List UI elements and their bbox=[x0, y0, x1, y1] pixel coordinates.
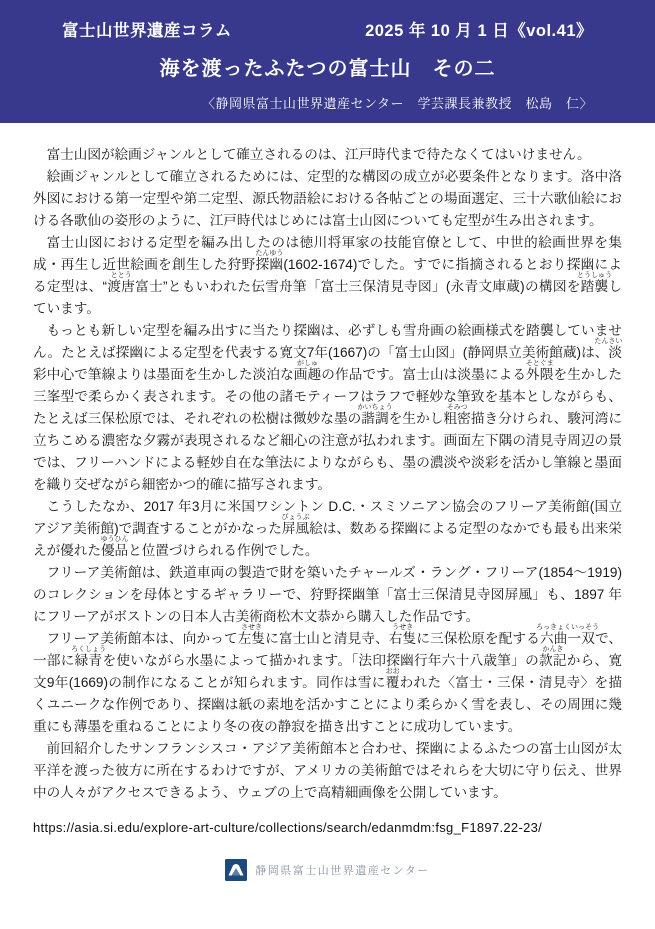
paragraph: フリーア美術館本は、向かって左隻させきに富士山と清見寺、右隻うせきに三保松原を配… bbox=[33, 628, 622, 738]
article-title: 海を渡ったふたつの富士山 その二 bbox=[62, 52, 593, 81]
paragraph: フリーア美術館は、鉄道車両の製造で財を築いたチャールズ・ラング・フリーア(185… bbox=[33, 562, 622, 628]
author-line: 〈静岡県富士山世界遺産センター 学芸課長兼教授 松島 仁〉 bbox=[62, 93, 593, 112]
furigana-term: 緑青ろくしょう bbox=[75, 653, 103, 668]
furigana-term: 右隻うせき bbox=[389, 631, 416, 646]
article-body: 富士山図が絵画ジャンルとして確立されるのは、江戸時代まで待たなくてはいけません。… bbox=[0, 123, 655, 804]
paragraph: 絵画ジャンルとして確立されるためには、定型的な構図の成立が必要条件となります。洛… bbox=[33, 166, 622, 232]
paragraph: 富士山図が絵画ジャンルとして確立されるのは、江戸時代まで待たなくてはいけません。 bbox=[33, 144, 622, 166]
furigana-term: 粗密そみつ bbox=[443, 411, 470, 426]
furigana-term: 画趣がしゅ bbox=[294, 367, 321, 382]
footer-logo: 静岡県富士山世界遺産センター bbox=[0, 859, 655, 881]
issue-date: 2025 年 10 月 1 日《vol.41》 bbox=[365, 17, 593, 41]
furigana-term: 諧調かいちょう bbox=[361, 411, 388, 426]
furigana-term: 左隻させき bbox=[238, 631, 265, 646]
furigana-term: 踏襲とうしゅう bbox=[581, 279, 609, 294]
paragraph: こうしたなか、2017 年3月に米国ワシントン D.C.・スミソニアン協会のフリ… bbox=[33, 496, 622, 562]
paragraph: もっとも新しい定型を編み出すに当たり探幽は、必ずしも雪舟画の絵画様式を踏襲してい… bbox=[33, 320, 622, 496]
furigana-term: 渡唐ととう bbox=[107, 279, 135, 294]
furigana-term: 覆おお bbox=[386, 675, 400, 690]
paragraph: 富士山図における定型を編み出したのは徳川将軍家の技能官僚として、中世的絵画世界を… bbox=[33, 232, 622, 320]
furigana-term: 六曲一双ろっきょくいっそう bbox=[540, 631, 595, 646]
furigana-term: 屏風びょうぶ bbox=[282, 521, 309, 536]
furigana-term: 優品ゆうひん bbox=[101, 543, 128, 558]
logo-text: 静岡県富士山世界遺産センター bbox=[255, 862, 430, 878]
furigana-term: 款記かんき bbox=[539, 653, 567, 668]
header-top-row: 富士山世界遺産コラム 2025 年 10 月 1 日《vol.41》 bbox=[62, 17, 593, 41]
column-title: 富士山世界遺産コラム bbox=[62, 17, 232, 41]
document-page: 富士山世界遺産コラム 2025 年 10 月 1 日《vol.41》 海を渡った… bbox=[0, 0, 655, 929]
document-header: 富士山世界遺産コラム 2025 年 10 月 1 日《vol.41》 海を渡った… bbox=[0, 0, 655, 123]
fujisan-center-logo-icon bbox=[225, 859, 247, 881]
furigana-term: 外隈そとぐま bbox=[526, 367, 553, 382]
furigana-term: 探幽たんゆう bbox=[256, 257, 284, 272]
collection-url: https://asia.si.edu/explore-art-culture/… bbox=[0, 820, 655, 835]
paragraph: 前回紹介したサンフランシスコ・アジア美術館本と合わせ、探幽によるふたつの富士山図… bbox=[33, 738, 622, 804]
